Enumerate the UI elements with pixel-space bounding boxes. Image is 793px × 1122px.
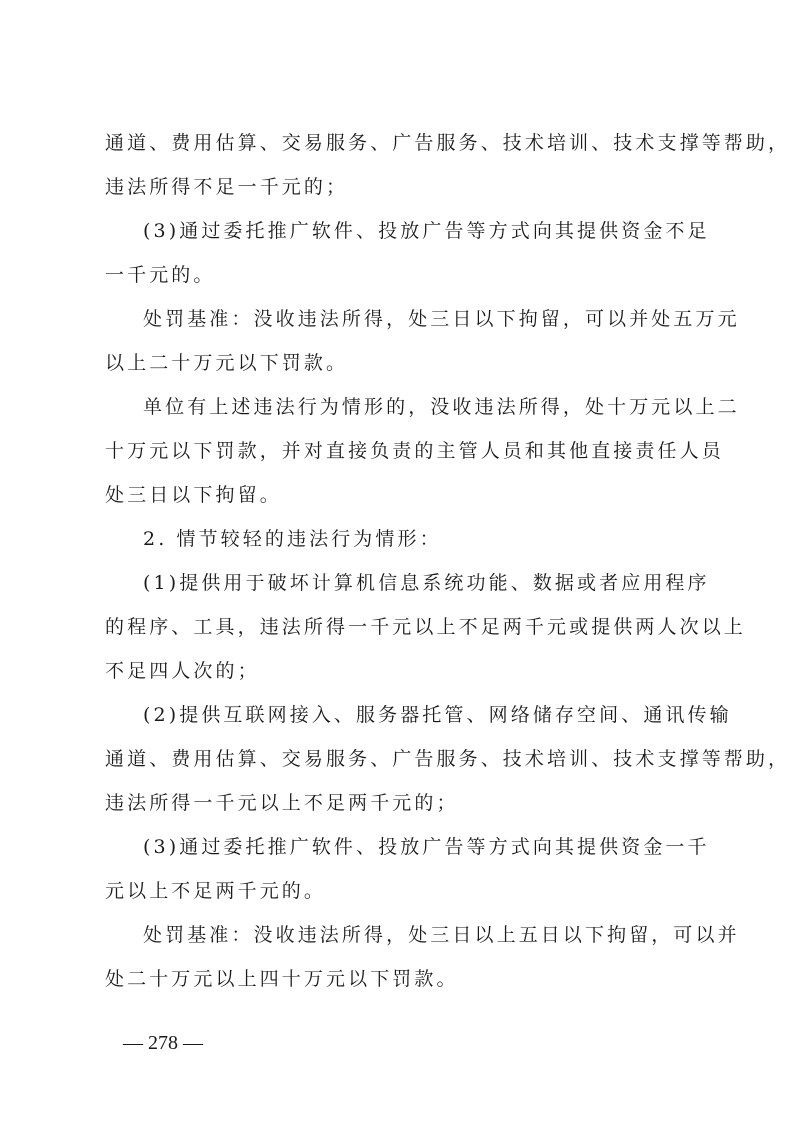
text-line: 违法所得一千元以上不足两千元的；	[105, 791, 690, 815]
text-line: 通道、费用估算、交易服务、广告服务、技术培训、技术支撑等帮助，	[105, 747, 690, 771]
text-line: 单位有上述违法行为情形的，没收违法所得，处十万元以上二	[143, 395, 690, 419]
text-line: 元以上不足两千元的。	[105, 879, 690, 903]
text-line: (1)提供用于破坏计算机信息系统功能、数据或者应用程序	[143, 571, 690, 595]
text-line: 处罚基准：没收违法所得，处三日以下拘留，可以并处五万元	[143, 307, 690, 331]
text-line: 不足四人次的；	[105, 659, 690, 683]
text-line: 处三日以下拘留。	[105, 483, 690, 507]
text-line: (2)提供互联网接入、服务器托管、网络储存空间、通讯传输	[143, 703, 690, 727]
text-line: 处二十万元以上四十万元以下罚款。	[105, 967, 690, 991]
text-line: (3)通过委托推广软件、投放广告等方式向其提供资金一千	[143, 835, 690, 859]
section-heading: 2. 情节较轻的违法行为情形：	[143, 527, 690, 551]
text-line: 通道、费用估算、交易服务、广告服务、技术培训、技术支撑等帮助，	[105, 131, 690, 155]
page-number: — 278 —	[123, 1032, 203, 1055]
text-line: 处罚基准：没收违法所得，处三日以上五日以下拘留，可以并	[143, 923, 690, 947]
text-line: 一千元的。	[105, 263, 690, 287]
text-line: 的程序、工具，违法所得一千元以上不足两千元或提供两人次以上	[105, 615, 690, 639]
text-line: 违法所得不足一千元的；	[105, 175, 690, 199]
text-line: 以上二十万元以下罚款。	[105, 351, 690, 375]
text-line: (3)通过委托推广软件、投放广告等方式向其提供资金不足	[143, 219, 690, 243]
text-line: 十万元以下罚款，并对直接负责的主管人员和其他直接责任人员	[105, 439, 690, 463]
